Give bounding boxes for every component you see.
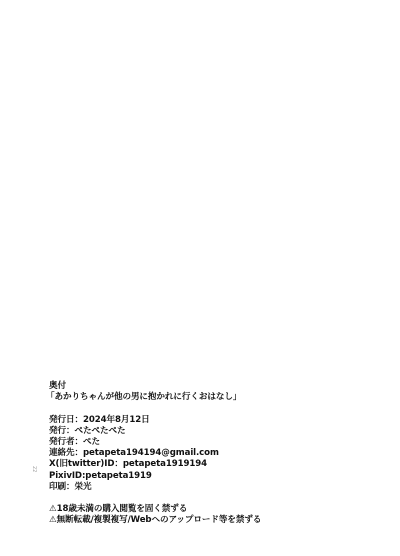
author: 発行者：ぺた: [49, 437, 261, 448]
age-restriction-warning: ⚠18歳未満の購入閲覧を固く禁ずる: [49, 504, 261, 515]
copyright-warning: ⚠無断転載/複製複写/Webへのアップロード等を禁ずる: [49, 515, 261, 526]
book-title: 「あかりちゃんが他の男に抱かれに行くおはなし」: [46, 392, 261, 403]
x-twitter-id: X(旧twitter)ID：petapeta1919194: [49, 459, 261, 470]
pixiv-id: PixivID:petapeta1919: [49, 471, 261, 482]
publisher: 発行：ぺたぺたぺた: [49, 426, 261, 437]
printer: 印刷：栄光: [49, 482, 261, 493]
colophon-heading: 奥付: [49, 381, 261, 392]
spacer: [49, 493, 261, 504]
publish-date: 発行日：2024年8月12日: [49, 415, 261, 426]
page-number: 22: [31, 466, 36, 472]
contact-email: 連絡先：petapeta194194@gmail.com: [49, 448, 261, 459]
colophon: 奥付 「あかりちゃんが他の男に抱かれに行くおはなし」 発行日：2024年8月12…: [49, 381, 261, 526]
spacer: [49, 403, 261, 414]
